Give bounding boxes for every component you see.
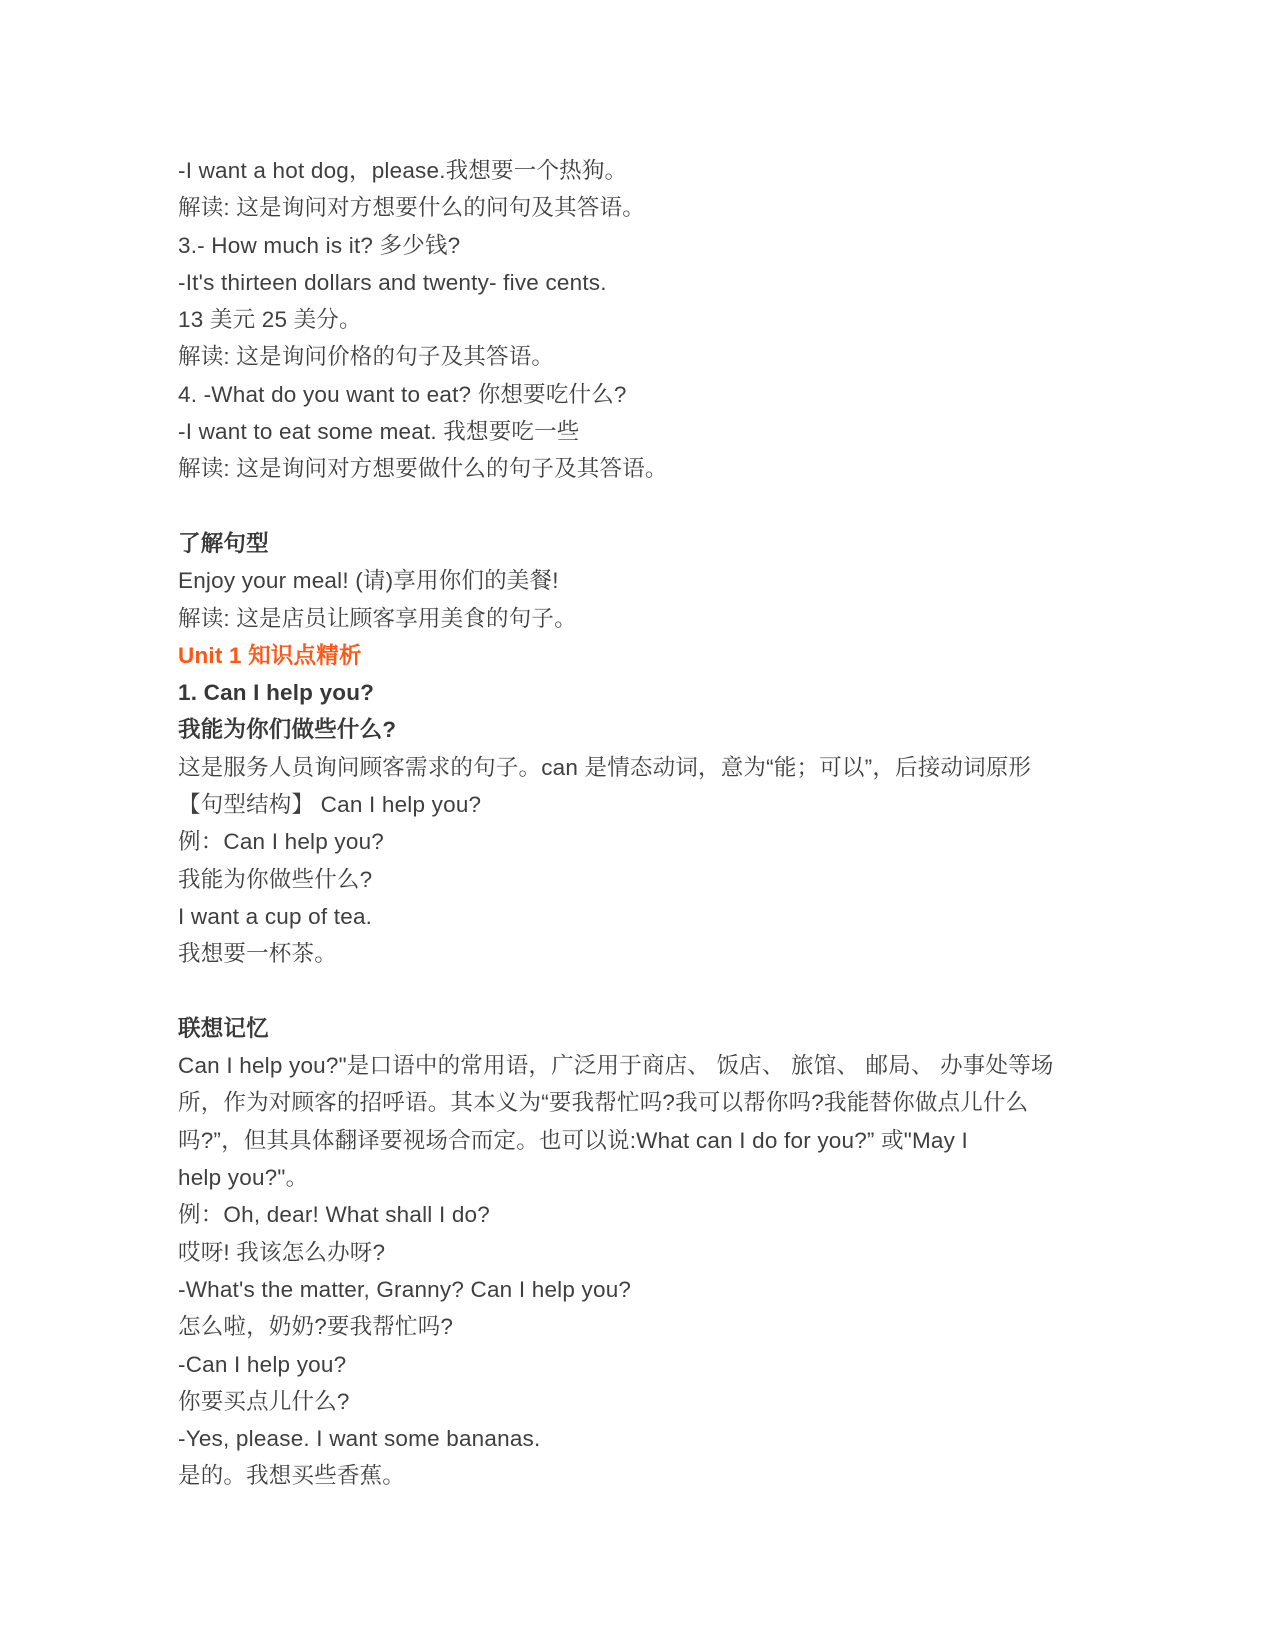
text-line: 13 美元 25 美分。 <box>178 301 1098 338</box>
heading-unit1-knowledge-points: Unit 1 知识点精析 <box>178 637 1098 674</box>
spacer-line <box>178 488 1098 525</box>
text-line: 吗?”，但其具体翻译要视场合而定。也可以说:What can I do for … <box>178 1122 1098 1159</box>
text-line: -I want to eat some meat. 我想要吃一些 <box>178 413 1098 450</box>
text-line: 怎么啦，奶奶?要我帮忙吗? <box>178 1308 1098 1345</box>
text-line: 你要买点儿什么? <box>178 1383 1098 1420</box>
text-line: 我能为你做些什么? <box>178 861 1098 898</box>
text-line: 所，作为对顾客的招呼语。其本义为“要我帮忙吗?我可以帮你吗?我能替你做点儿什么 <box>178 1084 1098 1121</box>
text-line: 3.- How much is it? 多少钱? <box>178 227 1098 264</box>
text-line: 4. -What do you want to eat? 你想要吃什么? <box>178 376 1098 413</box>
text-line: 解读: 这是店员让顾客享用美食的句子。 <box>178 600 1098 637</box>
text-line: 解读: 这是询问对方想要做什么的句子及其答语。 <box>178 450 1098 487</box>
heading-point-1: 1. Can I help you? <box>178 674 1098 711</box>
text-line: 我想要一杯茶。 <box>178 935 1098 972</box>
text-line: -What's the matter, Granny? Can I help y… <box>178 1271 1098 1308</box>
text-line: 解读: 这是询问对方想要什么的问句及其答语。 <box>178 189 1098 226</box>
document-page: -I want a hot dog，please.我想要一个热狗。解读: 这是询… <box>0 0 1275 1650</box>
text-line: I want a cup of tea. <box>178 898 1098 935</box>
text-line: -Yes, please. I want some bananas. <box>178 1420 1098 1457</box>
text-line: 是的。我想买些香蕉。 <box>178 1457 1098 1494</box>
heading-point-1-translation: 我能为你们做些什么? <box>178 711 1098 748</box>
heading-association-memory: 联想记忆 <box>178 1010 1098 1047</box>
text-line: 这是服务人员询问顾客需求的句子。can 是情态动词，意为“能；可以”，后接动词原… <box>178 749 1098 786</box>
text-line: -Can I help you? <box>178 1346 1098 1383</box>
document-body: -I want a hot dog，please.我想要一个热狗。解读: 这是询… <box>178 152 1098 1495</box>
text-line: 例：Can I help you? <box>178 823 1098 860</box>
text-line: 例：Oh, dear! What shall I do? <box>178 1196 1098 1233</box>
text-line: Can I help you?"是口语中的常用语，广泛用于商店、 饭店、 旅馆、… <box>178 1047 1098 1084</box>
heading-understand-sentence-pattern: 了解句型 <box>178 525 1098 562</box>
text-line: help you?"。 <box>178 1159 1098 1196</box>
text-line: -It's thirteen dollars and twenty- five … <box>178 264 1098 301</box>
text-line: Enjoy your meal! (请)享用你们的美餐! <box>178 562 1098 599</box>
text-line: 【句型结构】 Can I help you? <box>178 786 1098 823</box>
text-line: 解读: 这是询问价格的句子及其答语。 <box>178 338 1098 375</box>
spacer-line <box>178 973 1098 1010</box>
text-line: 哎呀! 我该怎么办呀? <box>178 1234 1098 1271</box>
text-line: -I want a hot dog，please.我想要一个热狗。 <box>178 152 1098 189</box>
